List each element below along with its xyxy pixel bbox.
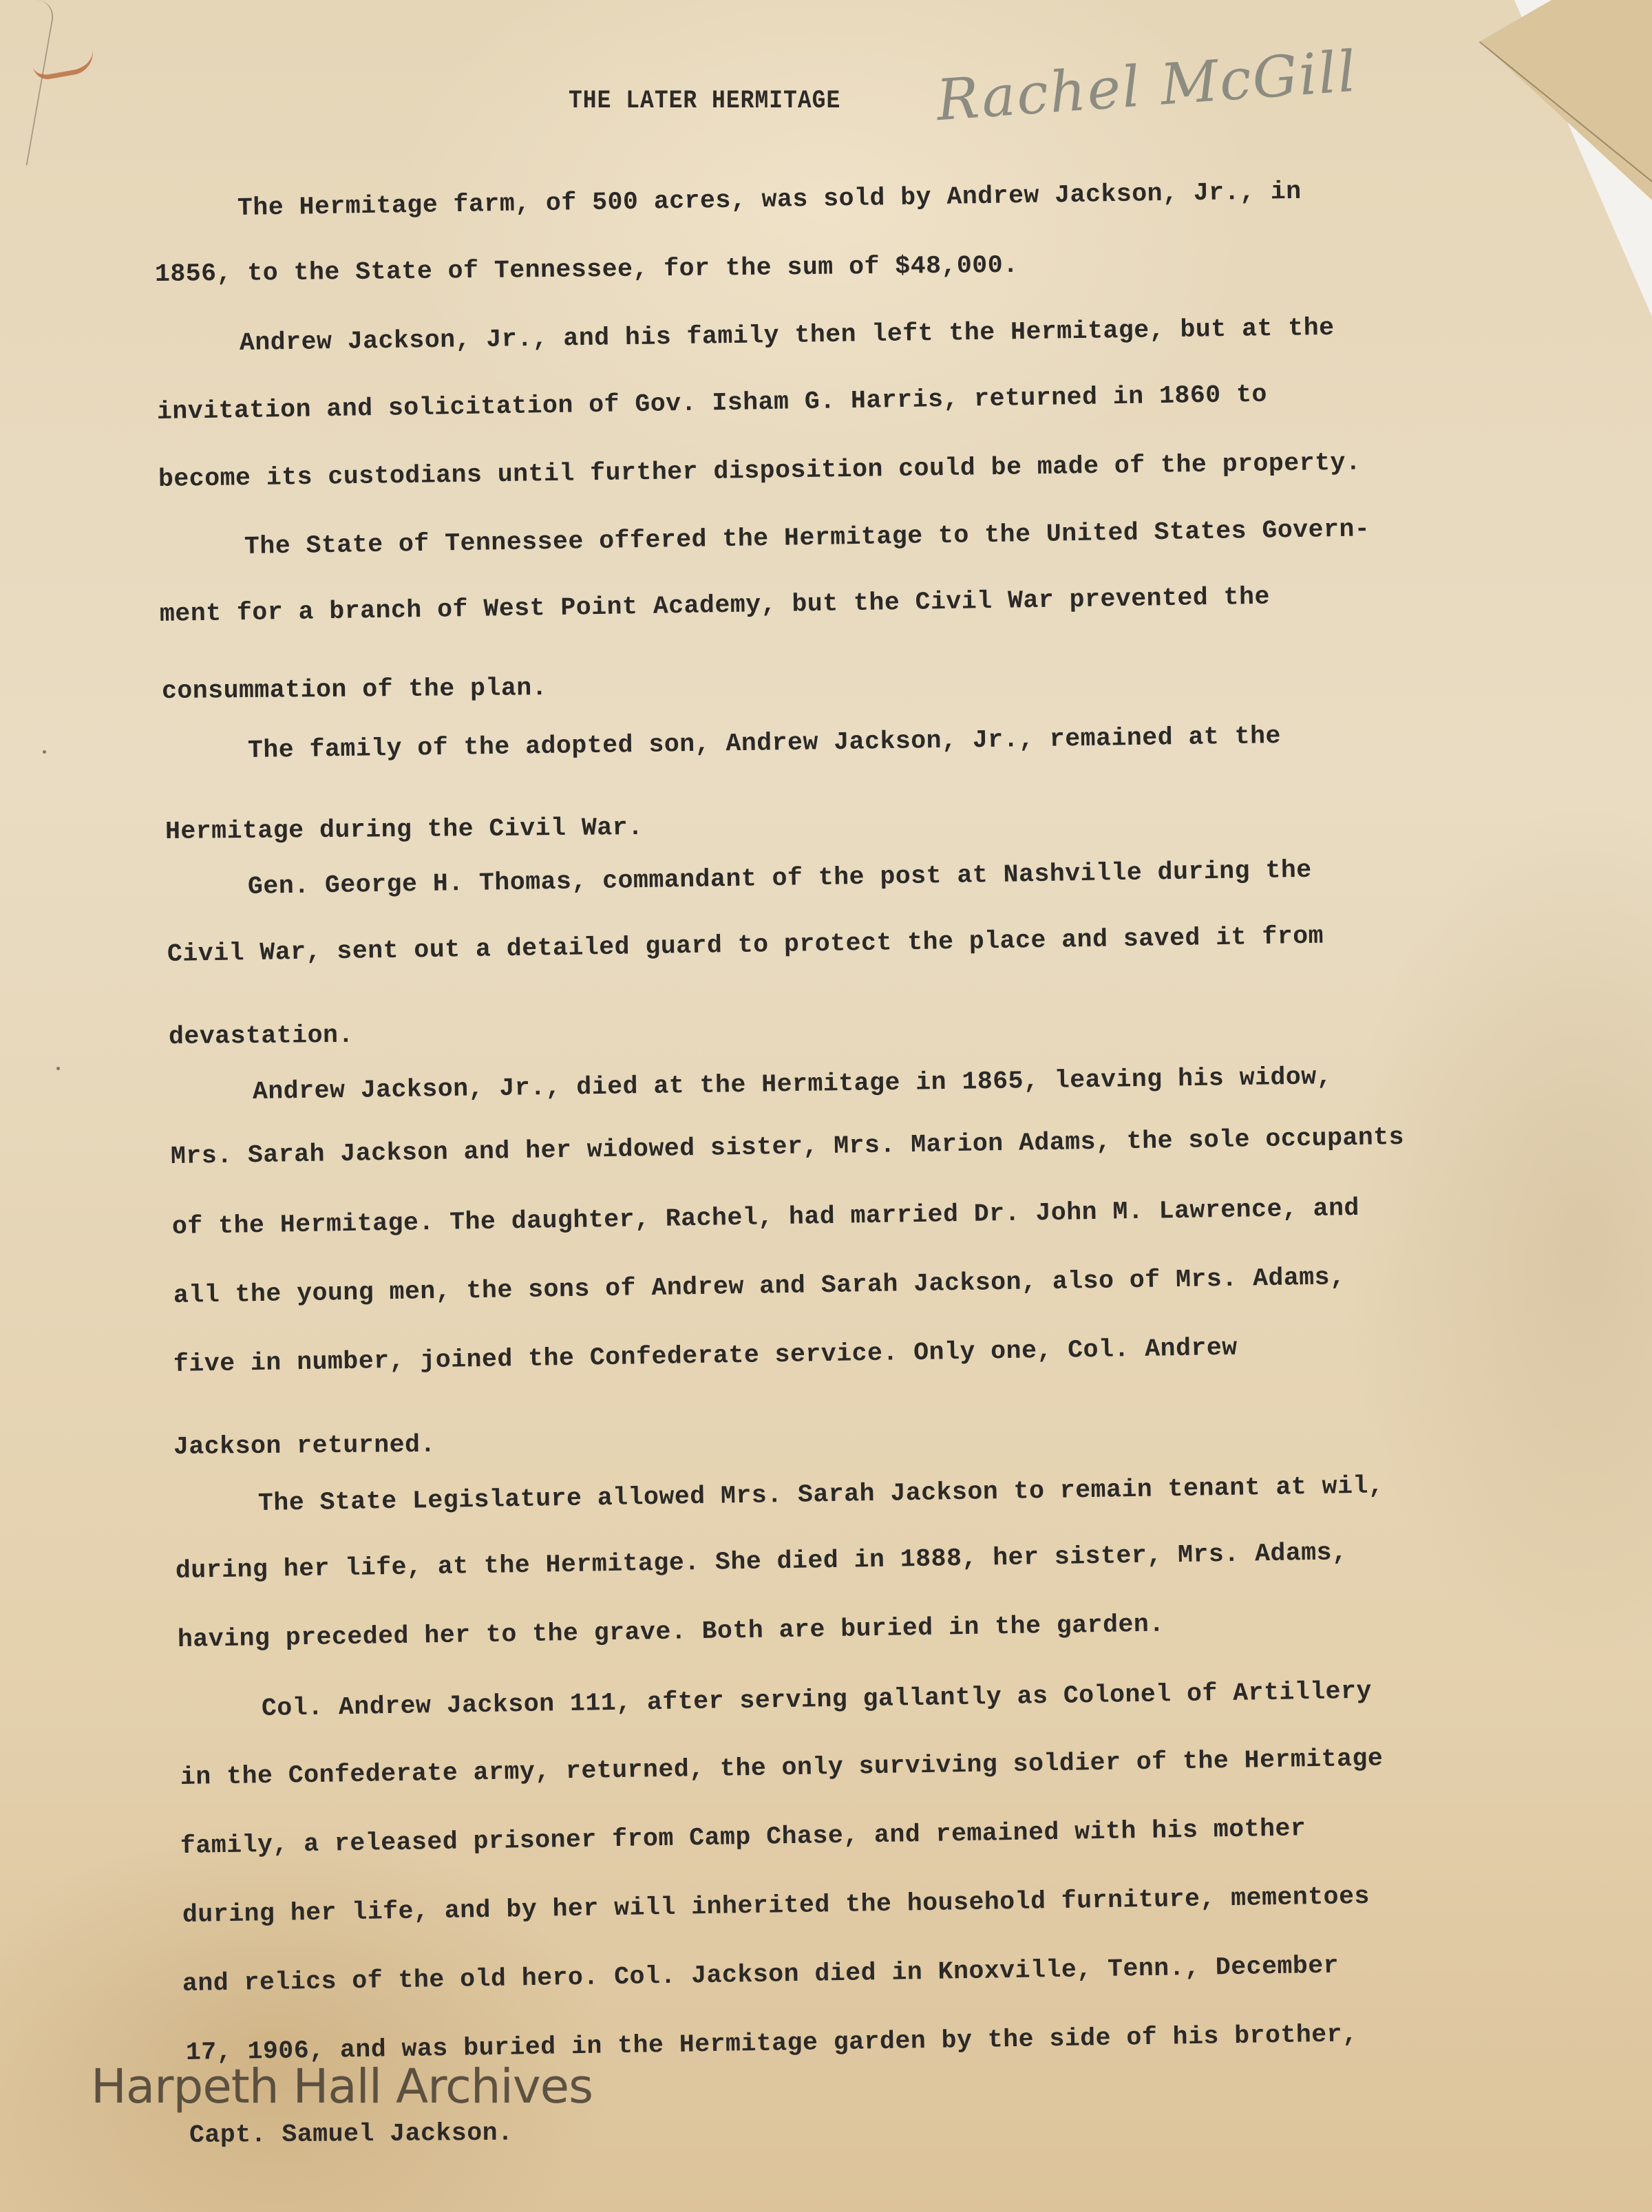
- text-line: become its custodians until further disp…: [158, 449, 1362, 493]
- text-line: ment for a branch of West Point Academy,…: [160, 583, 1271, 628]
- text-line: during her life, at the Hermitage. She d…: [176, 1538, 1348, 1585]
- paper-tear: [0, 0, 56, 165]
- text-line: The State of Tennessee offered the Hermi…: [244, 515, 1370, 561]
- text-line: The State Legislature allowed Mrs. Sarah…: [258, 1471, 1384, 1518]
- text-line: The Hermitage farm, of 500 acres, was so…: [237, 178, 1302, 222]
- text-line: consummation of the plan.: [162, 674, 547, 705]
- text-line: Civil War, sent out a detailed guard to …: [167, 922, 1324, 968]
- text-line: Col. Andrew Jackson 111, after serving g…: [262, 1677, 1373, 1723]
- text-line: Andrew Jackson, Jr., died at the Hermita…: [253, 1063, 1333, 1106]
- text-line: Jackson returned.: [173, 1431, 436, 1461]
- text-line: Gen. George H. Thomas, commandant of the…: [248, 856, 1312, 901]
- paper-speck: [43, 750, 46, 754]
- text-line: five in number, joined the Confederate s…: [173, 1334, 1238, 1379]
- text-line: all the young men, the sons of Andrew an…: [173, 1263, 1346, 1310]
- document-page: THE LATER HERMITAGE Rachel McGill The He…: [0, 0, 1652, 2212]
- text-line: Andrew Jackson, Jr., and his family then…: [240, 314, 1335, 357]
- text-line: family, a released prisoner from Camp Ch…: [180, 1814, 1306, 1860]
- text-line: Hermitage during the Civil War.: [165, 813, 644, 846]
- text-line: devastation.: [169, 1021, 354, 1051]
- text-line: Capt. Samuel Jackson.: [189, 2119, 513, 2149]
- text-line: in the Confederate army, returned, the o…: [180, 1745, 1384, 1791]
- text-line: Mrs. Sarah Jackson and her widowed siste…: [171, 1123, 1405, 1171]
- text-line: The family of the adopted son, Andrew Ja…: [248, 722, 1281, 765]
- document-title: THE LATER HERMITAGE: [569, 87, 840, 115]
- text-line: of the Hermitage. The daughter, Rachel, …: [172, 1194, 1360, 1241]
- handwritten-signature: Rachel McGill: [934, 39, 1359, 134]
- text-line: and relics of the old hero. Col. Jackson…: [182, 1952, 1339, 1998]
- archive-watermark: Harpeth Hall Archives: [91, 2059, 593, 2114]
- paper-speck: [56, 1067, 60, 1070]
- text-line: having preceded her to the grave. Both a…: [178, 1610, 1165, 1654]
- text-line: during her life, and by her will inherit…: [182, 1882, 1370, 1929]
- text-line: 1856, to the State of Tennessee, for the…: [155, 251, 1019, 288]
- text-line: invitation and solicitation of Gov. Isha…: [157, 381, 1268, 426]
